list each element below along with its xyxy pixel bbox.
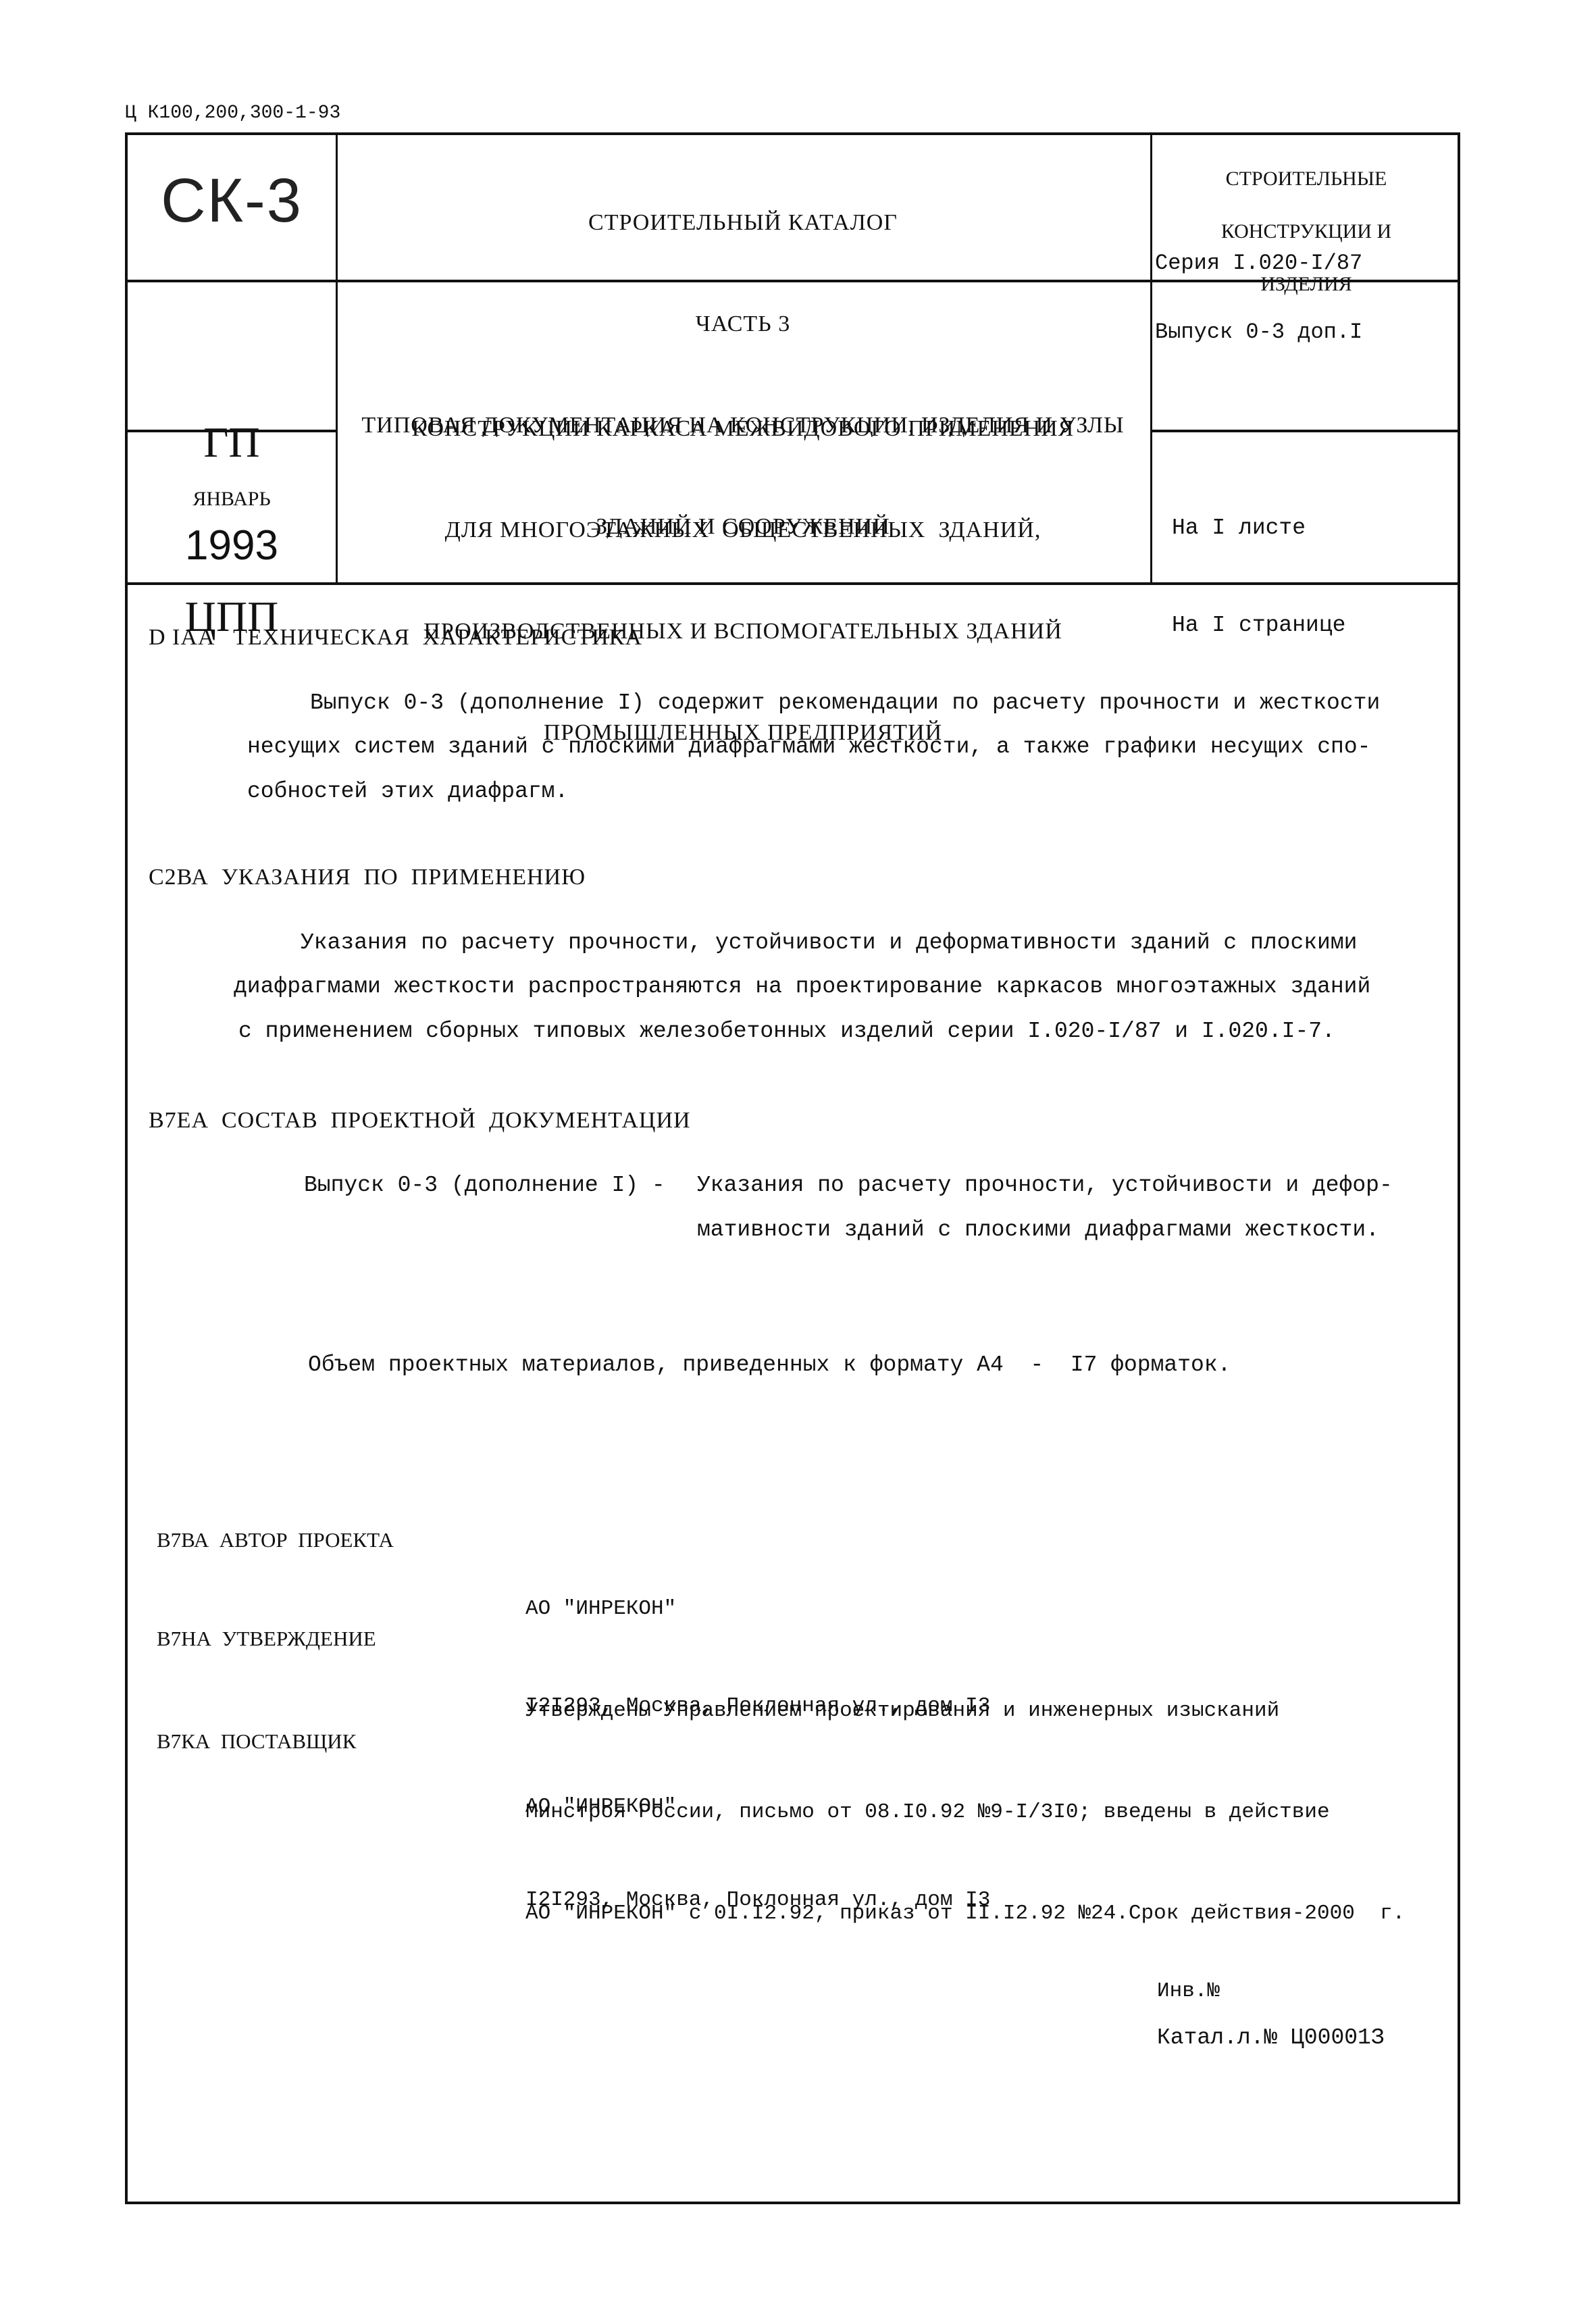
series-info: Серия I.020-I/87 Выпуск 0-3 доп.I <box>1155 206 1362 367</box>
section-heading-tech: D IAA ТЕХНИЧЕСКАЯ ХАРАКТЕРИСТИКА <box>149 625 642 651</box>
issue: Выпуск 0-3 доп.I <box>1155 321 1362 344</box>
section-heading-supplier: В7КА ПОСТАВЩИК <box>157 1729 356 1754</box>
paragraph-line: несущих систем зданий с плоскими диафраг… <box>247 734 1370 759</box>
catalog-line: ЧАСТЬ 3 <box>338 307 1148 341</box>
paragraph-line: Выпуск 0-3 (дополнение I) содержит реком… <box>310 690 1380 715</box>
issue-month: ЯНВАРЬ <box>128 488 336 511</box>
document-title: КОНСТРУКЦИИ КАРКАСА МЕЖВИДОВОГО ПРИМЕНЕН… <box>338 345 1148 784</box>
catalog-line: СТРОИТЕЛЬНЫЙ КАТАЛОГ <box>338 206 1148 240</box>
series: Серия I.020-I/87 <box>1155 252 1362 275</box>
paragraph-line: собностей этих диафрагм. <box>247 779 568 804</box>
paragraph-line: диафрагмами жесткости распространяются н… <box>234 974 1370 999</box>
section-heading-approval: В7НА УТВЕРЖДЕНИЕ <box>157 1627 376 1651</box>
section-heading-author: В7ВА АВТОР ПРОЕКТА <box>157 1528 394 1552</box>
document-code: Ц К100,200,300-1-93 <box>125 103 340 124</box>
composition-item-line: мативности зданий с плоскими диафрагмами… <box>697 1217 1379 1242</box>
composition-item-label: Выпуск 0-3 (дополнение I) - <box>304 1173 665 1198</box>
composition-item-line: Указания по расчету прочности, устойчиво… <box>697 1173 1393 1198</box>
right-cell-divider <box>1150 430 1460 432</box>
catalog-logo: СК-3 <box>128 166 336 236</box>
section-heading-composition: В7ЕА СОСТАВ ПРОЕКТНОЙ ДОКУМЕНТАЦИИ <box>149 1108 691 1134</box>
supplier-info: АО "ИНРЕКОН" I2I293, Москва, Поклонная у… <box>525 1729 990 1947</box>
sheet-count: На I листе На I странице <box>1172 447 1345 674</box>
catalog-sheet-number: Катал.л.№ Ц00001З <box>1157 2025 1385 2050</box>
paragraph-line: Указания по расчету прочности, устойчиво… <box>301 930 1357 955</box>
volume-note: Объем проектных материалов, приведенных … <box>308 1352 1231 1377</box>
paragraph-line: с применением сборных типовых железобето… <box>238 1019 1335 1044</box>
inventory-number: Инв.№ <box>1157 1979 1220 2003</box>
section-heading-usage: С2ВА УКАЗАНИЯ ПО ПРИМЕНЕНИЮ <box>149 865 586 890</box>
issue-year: 1993 <box>128 522 336 569</box>
